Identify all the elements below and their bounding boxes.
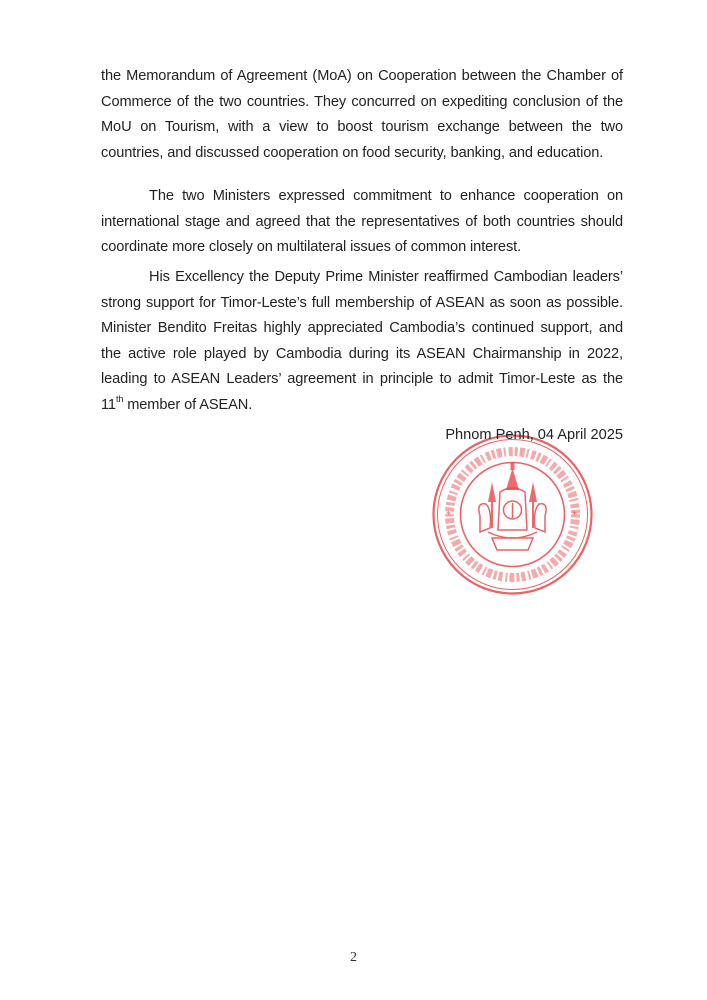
official-seal-icon: * * bbox=[430, 432, 595, 597]
paragraph-text: the Memorandum of Agreement (MoA) on Coo… bbox=[101, 68, 623, 161]
paragraph-text: His Excellency the Deputy Prime Minister… bbox=[101, 269, 623, 413]
ordinal-superscript: th bbox=[116, 394, 123, 404]
svg-text:*: * bbox=[572, 510, 577, 521]
page-number: 2 bbox=[0, 950, 707, 966]
document-page: the Memorandum of Agreement (MoA) on Coo… bbox=[0, 0, 707, 1000]
paragraph-text-end: member of ASEAN. bbox=[123, 397, 252, 413]
paragraph-moa-cooperation: the Memorandum of Agreement (MoA) on Coo… bbox=[101, 64, 623, 166]
paragraph-asean-membership: His Excellency the Deputy Prime Minister… bbox=[101, 265, 623, 418]
place-and-date: Phnom Penh, 04 April 2025 bbox=[445, 427, 623, 443]
paragraph-multilateral-cooperation: The two Ministers expressed commitment t… bbox=[101, 184, 623, 261]
paragraph-text: The two Ministers expressed commitment t… bbox=[101, 188, 623, 255]
svg-text:*: * bbox=[446, 510, 451, 521]
